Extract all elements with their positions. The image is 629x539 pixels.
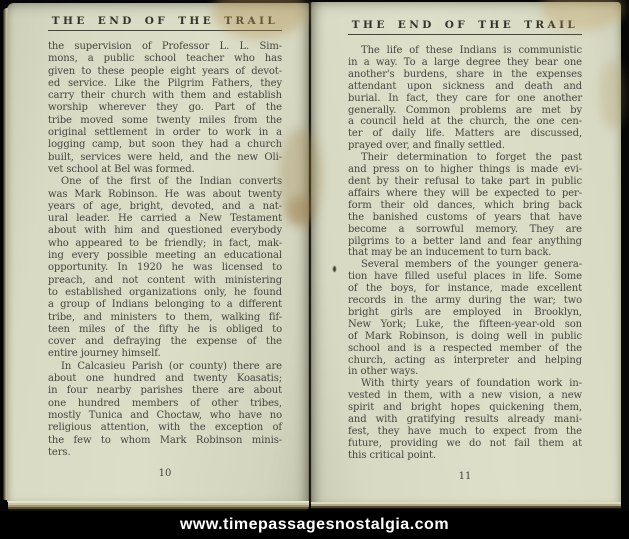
text-line: Their determination to forget the past [348, 152, 582, 164]
text-line: become a sorrowful memory. They are [348, 224, 582, 236]
text-line: spirit and bright hopes quickening them, [348, 402, 582, 414]
page-stack-edge-bottom-left [8, 501, 309, 511]
text-line: With thirty years of foundation work in- [348, 378, 582, 390]
text-line: this critical point. [348, 450, 582, 462]
paragraph: The life of these Indians is communistic… [348, 45, 582, 152]
page-number-right: 11 [348, 471, 582, 482]
text-line: one hundred members of other tribes, [48, 398, 282, 410]
watermark-bar: www.timepassagesnostalgia.com [0, 511, 629, 539]
text-line: religious attention, with the exception … [48, 422, 282, 434]
paragraph: With thirty years of foundation work in-… [348, 378, 582, 461]
paragraph: Their determination to forget the pastan… [348, 152, 582, 259]
text-line: The life of these Indians is communistic [348, 45, 582, 57]
text-line: future, providing we do not fail them at [348, 438, 582, 450]
page-left-body: the supervision of Professor L. L. Sim-m… [48, 41, 282, 459]
text-line: teen miles of the fifty he is obliged to [48, 324, 282, 336]
text-line: dent by their refusal to take part in pu… [348, 176, 582, 188]
text-line: form their old dances, which bring back [348, 200, 582, 212]
page-number-left: 10 [48, 468, 282, 479]
text-line: New York; Luke, the fifteen-year-old son [348, 319, 582, 331]
text-line: attendant upon sickness and death and [348, 81, 582, 93]
watermark-text: www.timepassagesnostalgia.com [180, 516, 449, 534]
text-line: built, services were held, and the new O… [48, 152, 282, 164]
book-page-left: THE END OF THE TRAIL the supervision of … [7, 3, 309, 502]
text-line: affairs where they will be expected to p… [348, 188, 582, 200]
book-gutter-fold [308, 2, 312, 504]
text-line: records in the army during the war; two [348, 295, 582, 307]
text-line: entire journey himself. [48, 348, 282, 360]
text-line: a council held at the church, the one ce… [348, 116, 582, 128]
page-left-textblock: THE END OF THE TRAIL the supervision of … [48, 15, 282, 479]
running-header-right: THE END OF THE TRAIL [348, 19, 582, 31]
text-line: worship wherever they go. Part of the [48, 102, 282, 114]
text-line: mons, a public school teacher who has [48, 53, 282, 65]
text-line: bright girls are employed in Brooklyn, [348, 307, 582, 319]
text-line: of the boys, for instance, made excellen… [348, 283, 582, 295]
page-right-content: THE END OF THE TRAIL The life of these I… [311, 2, 621, 503]
text-line: years of age, bright, devoted, and a nat… [48, 201, 282, 213]
page-right-body: The life of these Indians is communistic… [348, 45, 582, 462]
text-line: to established organizations only, he fo… [48, 287, 282, 299]
header-rule-left [48, 30, 282, 31]
text-line: another's burdens, share in the expenses [348, 69, 582, 81]
text-line: in four nearby parishes there are about [48, 385, 282, 397]
paragraph: Several members of the younger genera-ti… [348, 259, 582, 378]
text-line: in other ways. [348, 366, 582, 378]
text-line: One of the first of the Indian converts [48, 176, 282, 188]
text-line: ed service. Like the Pilgrim Fathers, th… [48, 78, 282, 90]
text-line: school and is a respected member of the [348, 343, 582, 355]
paragraph: the supervision of Professor L. L. Sim-m… [48, 41, 282, 176]
text-line: the supervision of Professor L. L. Sim- [48, 41, 282, 53]
page-left-content: THE END OF THE TRAIL the supervision of … [7, 3, 309, 502]
running-header-left: THE END OF THE TRAIL [48, 15, 282, 27]
text-line: that may be an inducement to turn back. [348, 247, 582, 259]
text-line: pilgrims to a better land and fear anyth… [348, 236, 582, 248]
paragraph: One of the first of the Indian convertsw… [48, 176, 282, 360]
text-line: vet school at Bel was formed. [48, 164, 282, 176]
text-line: in a way. To a large degree they bear on… [348, 57, 582, 69]
text-line: and press on to higher things is made ev… [348, 164, 582, 176]
text-line: about with him and questioned everybody [48, 225, 282, 237]
text-line: tribe moved some twenty miles from the [48, 115, 282, 127]
text-line: the few to whom Mark Robinson minis- [48, 435, 282, 447]
text-line: the banished customs of years that have [348, 212, 582, 224]
text-line: carry their church with them and establi… [48, 90, 282, 102]
text-line: logging camp, but soon they had a church [48, 139, 282, 151]
text-line: ter of daily life. Matters are discussed… [348, 128, 582, 140]
text-line: and with gratifying results already mani… [348, 414, 582, 426]
text-line: cover and defraying the expense of the [48, 336, 282, 348]
text-line: about one hundred and twenty Koasatis; [48, 373, 282, 385]
text-line: vested in them, with a new vision, a new [348, 390, 582, 402]
text-line: who appeared to be friendly; in fact, ma… [48, 238, 282, 250]
book-photograph: THE END OF THE TRAIL the supervision of … [0, 0, 629, 539]
text-line: tion have filled useful places in life. … [348, 271, 582, 283]
text-line: ing every possible meeting an educationa… [48, 250, 282, 262]
header-rule-right [348, 34, 582, 35]
text-line: given to these people eight years of dev… [48, 66, 282, 78]
text-line: opportunity. In 1920 he was licensed to [48, 262, 282, 274]
text-line: ural leader. He carried a New Testament [48, 213, 282, 225]
text-line: a group of Indians belonging to a differ… [48, 299, 282, 311]
text-line: Several members of the younger genera- [348, 259, 582, 271]
page-stack-edge-bottom-right [311, 502, 621, 509]
page-stack-edge-left [3, 8, 8, 500]
text-line: ters. [48, 447, 282, 459]
book-page-right: THE END OF THE TRAIL The life of these I… [311, 2, 621, 503]
text-line: of Mark Robinson, is doing well in publi… [348, 331, 582, 343]
text-line: fest, they have much to expect from the [348, 426, 582, 438]
text-line: preach, and not content with ministering [48, 275, 282, 287]
text-line: mostly Tunica and Choctaw, who have no [48, 410, 282, 422]
page-right-textblock: THE END OF THE TRAIL The life of these I… [348, 19, 582, 482]
text-line: generally. Common problems are met by [348, 105, 582, 117]
paragraph: In Calcasieu Parish (or county) there ar… [48, 361, 282, 459]
ink-speck [333, 266, 336, 272]
text-line: In Calcasieu Parish (or county) there ar… [48, 361, 282, 373]
text-line: original settlement in order to work in … [48, 127, 282, 139]
text-line: prayed over, and finally settled. [348, 140, 582, 152]
text-line: tribe, and ministers to them, walking fi… [48, 312, 282, 324]
text-line: church, acting as interpreter and helpin… [348, 355, 582, 367]
text-line: burial. In fact, they care for one anoth… [348, 93, 582, 105]
text-line: was Mark Robinson. He was about twenty [48, 189, 282, 201]
